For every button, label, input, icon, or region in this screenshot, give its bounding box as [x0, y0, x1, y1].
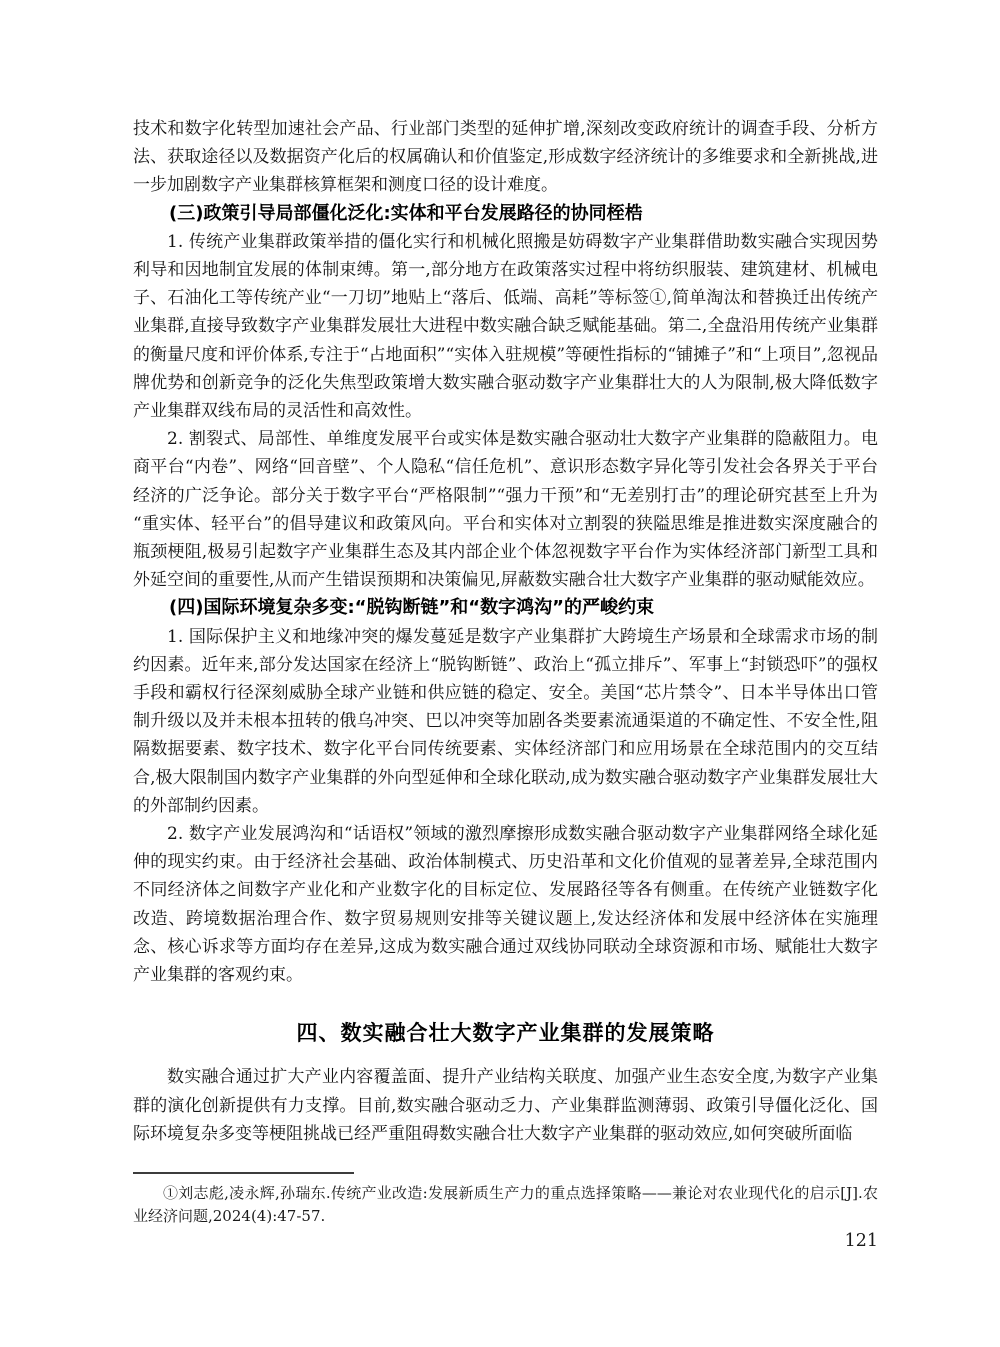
section-four-paragraph-1: 1. 国际保护主义和地缘冲突的爆发蔓延是数字产业集群扩大跨境生产场景和全球需求市…	[133, 623, 878, 820]
footnote-separator-rule	[133, 1172, 354, 1174]
main-text-block: 技术和数字化转型加速社会产品、行业部门类型的延伸扩增,深刻改变政府统计的调查手段…	[133, 115, 878, 1148]
section-four-heading: (四)国际环境复杂多变:“脱钩断链”和“数字鸿沟”的严峻约束	[133, 594, 878, 622]
section-three-paragraph-2: 2. 割裂式、局部性、单维度发展平台或实体是数实融合驱动壮大数字产业集群的隐蔽阻…	[133, 425, 878, 594]
section-three-paragraph-1: 1. 传统产业集群政策举措的僵化实行和机械化照搬是妨碍数字产业集群借助数实融合实…	[133, 228, 878, 425]
footnote-area: ①刘志彪,凌永辉,孙瑞东.传统产业改造:发展新质生产力的重点选择策略——兼论对农…	[133, 1172, 878, 1228]
document-page: 技术和数字化转型加速社会产品、行业部门类型的延伸扩增,深刻改变政府统计的调查手段…	[0, 0, 1000, 1347]
footnote-text: ①刘志彪,凌永辉,孙瑞东.传统产业改造:发展新质生产力的重点选择策略——兼论对农…	[133, 1182, 878, 1228]
chapter-four-paragraph: 数实融合通过扩大产业内容覆盖面、提升产业结构关联度、加强产业生态安全度,为数字产…	[133, 1063, 878, 1148]
section-three-heading: (三)政策引导局部僵化泛化:实体和平台发展路径的协同桎梏	[133, 200, 878, 228]
page-number: 121	[838, 1231, 878, 1251]
chapter-four-heading: 四、数实融合壮大数字产业集群的发展策略	[133, 1019, 878, 1047]
continuation-paragraph: 技术和数字化转型加速社会产品、行业部门类型的延伸扩增,深刻改变政府统计的调查手段…	[133, 115, 878, 200]
section-four-paragraph-2: 2. 数字产业发展鸿沟和“话语权”领域的激烈摩擦形成数实融合驱动数字产业集群网络…	[133, 820, 878, 989]
